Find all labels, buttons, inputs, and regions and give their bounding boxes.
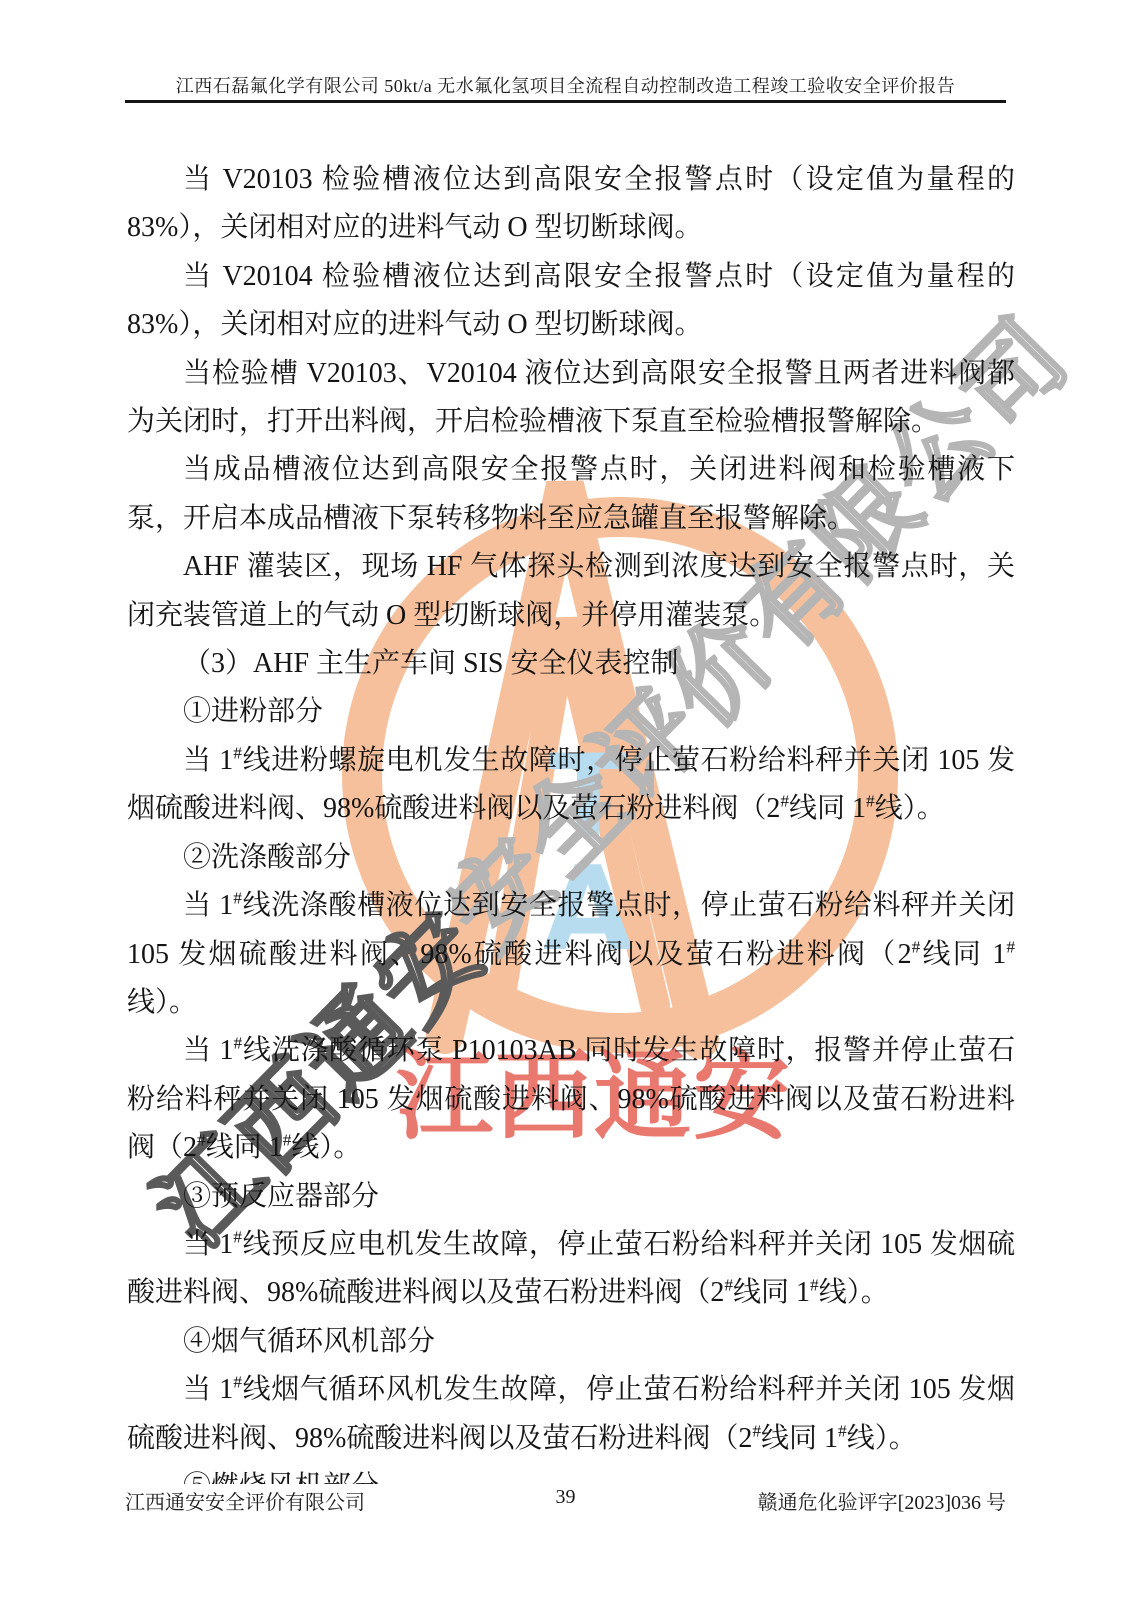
header-title: 江西石磊氟化学有限公司 50kt/a 无水氟化氢项目全流程自动控制改造工程竣工验… — [40, 72, 1091, 98]
paragraph: 当成品槽液位达到高限安全报警点时，关闭进料阀和检验槽液下泵，开启本成品槽液下泵转… — [127, 446, 1015, 543]
paragraph: ⑤燃烧风机部分 — [127, 1463, 1015, 1484]
paragraph: 当 1#线洗涤酸循环泵 P10103AB 同时发生故障时，报警并停止萤石粉给料秤… — [127, 1027, 1015, 1172]
paragraph: 当 V20103 检验槽液位达到高限安全报警点时（设定值为量程的 83%），关闭… — [127, 156, 1015, 253]
header-rule — [125, 100, 1006, 103]
paragraph: 当 1#线预反应电机发生故障，停止萤石粉给料秤并关闭 105 发烟硫酸进料阀、9… — [127, 1221, 1015, 1318]
footer-company: 江西通安安全评价有限公司 — [125, 1486, 365, 1515]
paragraph: ②洗涤酸部分 — [127, 834, 1015, 882]
paragraph: 当 1#线进粉螺旋电机发生故障时，停止萤石粉给料秤并关闭 105 发烟硫酸进料阀… — [127, 737, 1015, 834]
paragraph: 当 1#线洗涤酸槽液位达到安全报警点时，停止萤石粉给料秤并关闭 105 发烟硫酸… — [127, 882, 1015, 1027]
paragraph: 当检验槽 V20103、V20104 液位达到高限安全报警且两者进料阀都为关闭时… — [127, 350, 1015, 447]
footer-page-number: 39 — [556, 1486, 576, 1509]
paragraph: （3）AHF 主生产车间 SIS 安全仪表控制 — [127, 640, 1015, 688]
document-body: 当 V20103 检验槽液位达到高限安全报警点时（设定值为量程的 83%），关闭… — [127, 156, 1015, 1484]
footer-doc-number: 赣通危化验评字[2023]036 号 — [758, 1486, 1006, 1515]
paragraph: ①进粉部分 — [127, 688, 1015, 736]
paragraph: AHF 灌装区，现场 HF 气体探头检测到浓度达到安全报警点时，关闭充装管道上的… — [127, 543, 1015, 640]
paragraph: ④烟气循环风机部分 — [127, 1318, 1015, 1366]
paragraph: 当 1#线烟气循环风机发生故障，停止萤石粉给料秤并关闭 105 发烟硫酸进料阀、… — [127, 1366, 1015, 1463]
paragraph: ③预反应器部分 — [127, 1173, 1015, 1221]
page-footer: 江西通安安全评价有限公司 39 赣通危化验评字[2023]036 号 — [125, 1486, 1006, 1512]
paragraph: 当 V20104 检验槽液位达到高限安全报警点时（设定值为量程的 83%），关闭… — [127, 253, 1015, 350]
